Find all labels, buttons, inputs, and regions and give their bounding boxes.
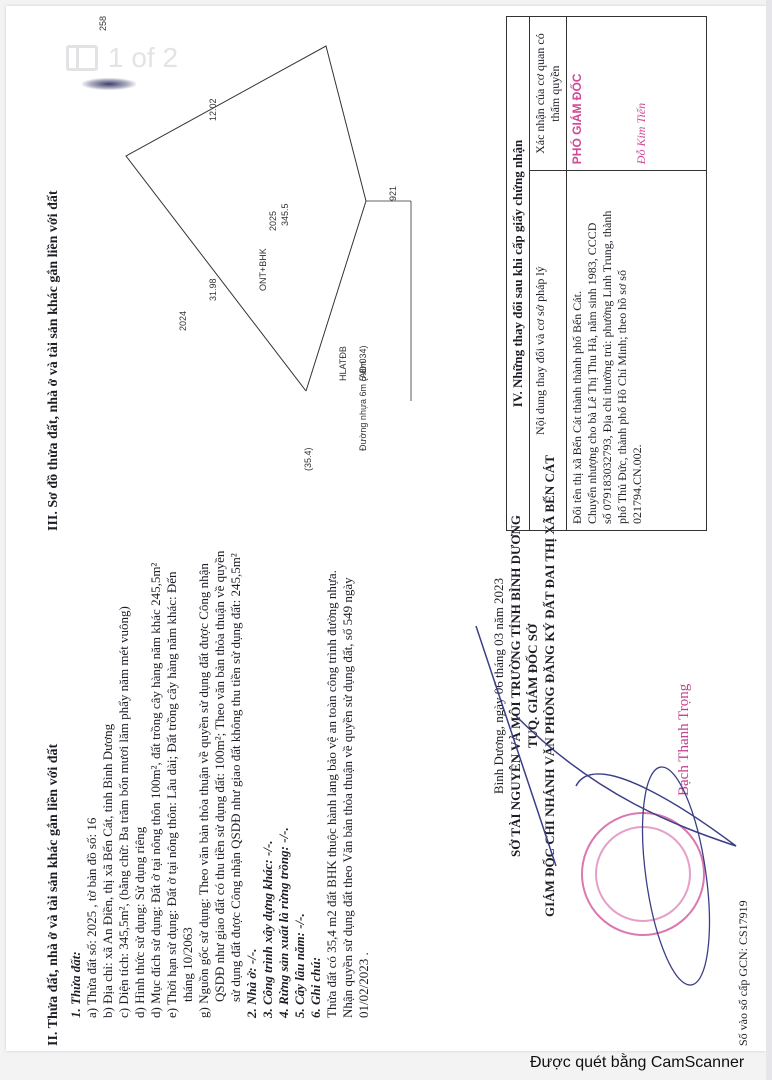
- svg-text:12.02: 12.02: [208, 98, 218, 121]
- scanner-watermark: Được quét bằng CamScanner: [530, 1054, 744, 1072]
- signature-block: Bình Dương, ngày 06 tháng 03 năm 2023 SỞ…: [491, 476, 558, 896]
- section-iv-title: IV. Những thay đổi sau khi cấp giấy chứn…: [507, 17, 530, 531]
- svg-text:921: 921: [388, 186, 398, 201]
- page-icon: [66, 45, 98, 71]
- svg-text:2025: 2025: [268, 211, 278, 231]
- seal-inner-ring: [595, 826, 691, 922]
- svg-text:345.5: 345.5: [280, 203, 290, 226]
- svg-text:2024: 2024: [178, 311, 188, 331]
- scan-smudge: [82, 78, 136, 90]
- svg-text:ONT+BHK: ONT+BHK: [258, 248, 268, 291]
- page-indicator: 1 of 2: [66, 42, 178, 74]
- signer-name: Bạch Thanh Trọng: [676, 684, 693, 796]
- registry-number: Số vào sổ cấp GCN: CS17919: [736, 900, 751, 1046]
- svg-text:258: 258: [98, 16, 108, 31]
- svg-text:(35.4): (35.4): [303, 447, 313, 471]
- section-iii-title: III. Sơ đồ thửa đất, nhà ở và tài sản kh…: [36, 16, 62, 531]
- section-ii-title: II. Thửa đất, nhà ở và tài sản khác gắn …: [46, 536, 62, 1046]
- rotated-certificate: II. Thửa đất, nhà ở và tài sản khác gắn …: [36, 16, 766, 1046]
- section-iii-iv: III. Sơ đồ thửa đất, nhà ở và tài sản kh…: [36, 16, 68, 531]
- svg-text:31.98: 31.98: [208, 278, 218, 301]
- change-content: Đổi tên thị xã Bến Cát thành thành phố B…: [567, 171, 707, 531]
- svg-text:HLATĐB: HLATĐB: [338, 346, 348, 381]
- section-ii: II. Thửa đất, nhà ở và tài sản khác gắn …: [36, 536, 372, 1046]
- parcel-diagram: ONT+BHK 2025 345.5 2024 921 258 12.02 31…: [66, 16, 416, 531]
- svg-text:Đường nhựa 6m (AĐ 034): Đường nhựa 6m (AĐ 034): [358, 346, 368, 452]
- document-page: 1 of 2 II. Thửa đất, nhà ở và tài sản kh…: [6, 6, 766, 1051]
- authority-confirmation: PHÓ GIÁM ĐỐC Đỗ Kim Tiến: [567, 17, 707, 171]
- changes-table: IV. Những thay đổi sau khi cấp giấy chứn…: [506, 16, 707, 531]
- scrollbar[interactable]: [766, 0, 772, 1080]
